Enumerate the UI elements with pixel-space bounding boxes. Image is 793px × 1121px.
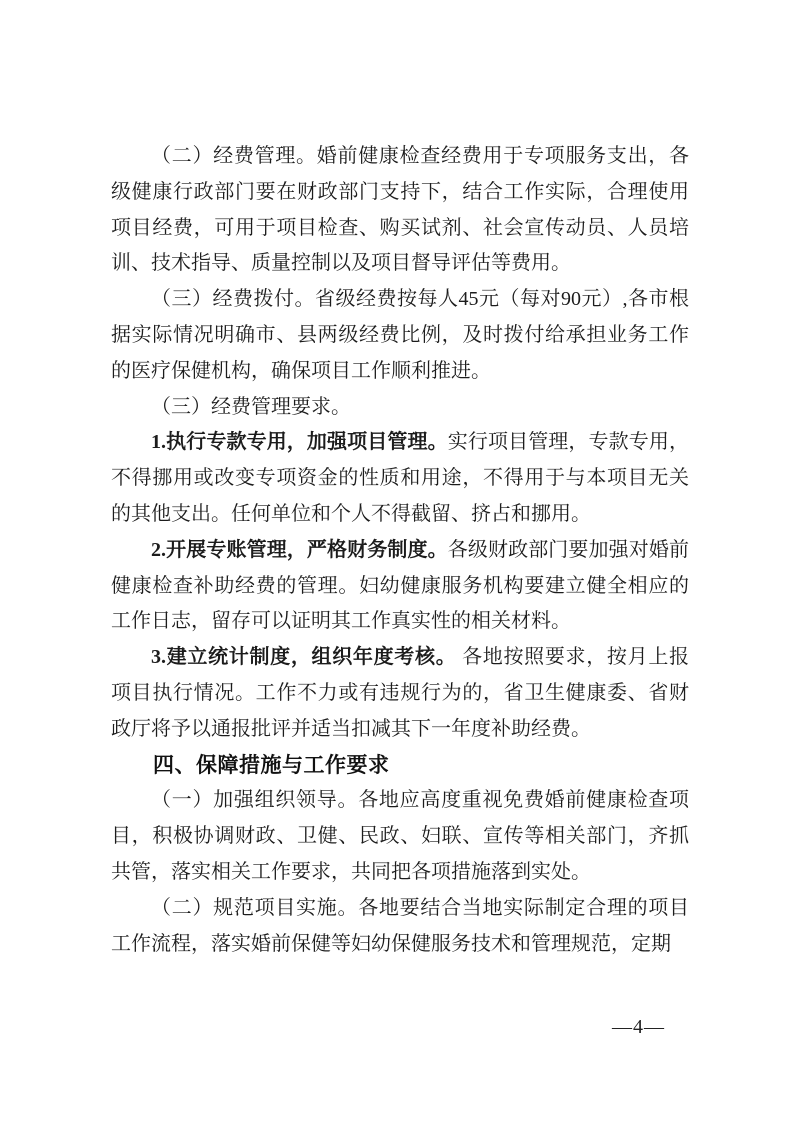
paragraph-lead: （一）加强组织领导。 (151, 789, 358, 811)
paragraph-funds-management: （二）经费管理。婚前健康检查经费用于专项服务支出，各级健康行政部门要在财政部门支… (111, 139, 689, 282)
paragraph-item-1: 1.执行专款专用，加强项目管理。实行项目管理，专款专用，不得挪用或改变专项资金的… (111, 425, 689, 532)
paragraph-bold-lead: 3.建立统计制度，组织年度考核。 (151, 646, 456, 668)
page-number: —4— (612, 1016, 665, 1039)
paragraph-standardize-implementation: （二）规范项目实施。各地要结合当地实际制定合理的项目工作流程，落实婚前保健等妇幼… (111, 891, 689, 963)
paragraph-item-2: 2.开展专账管理，严格财务制度。各级财政部门要加强对婚前健康检查补助经费的管理。… (111, 533, 689, 640)
paragraph-bold-lead: 1.执行专款专用，加强项目管理。 (151, 431, 448, 453)
paragraph-lead: （二）经费管理。 (151, 145, 317, 167)
paragraph-funds-allocation: （三）经费拨付。省级经费按每人45元（每对90元）,各市根据实际情况明确市、县两… (111, 282, 689, 389)
section-heading-4: 四、保障措施与工作要求 (111, 748, 689, 784)
paragraph-lead: （三）经费管理要求。 (151, 396, 351, 418)
document-page: （二）经费管理。婚前健康检查经费用于专项服务支出，各级健康行政部门要在财政部门支… (0, 0, 793, 1121)
paragraph-bold-lead: 2.开展专账管理，严格财务制度。 (151, 539, 448, 561)
document-body: （二）经费管理。婚前健康检查经费用于专项服务支出，各级健康行政部门要在财政部门支… (111, 139, 689, 962)
paragraph-lead: （二）规范项目实施。 (151, 897, 358, 919)
paragraph-lead: （三）经费拨付。 (151, 288, 315, 310)
paragraph-strengthen-leadership: （一）加强组织领导。各地应高度重视免费婚前健康检查项目，积极协调财政、卫健、民政… (111, 783, 689, 890)
paragraph-funds-requirements: （三）经费管理要求。 (111, 390, 689, 426)
paragraph-item-3: 3.建立统计制度，组织年度考核。 各地按照要求，按月上报项目执行情况。工作不力或… (111, 640, 689, 747)
